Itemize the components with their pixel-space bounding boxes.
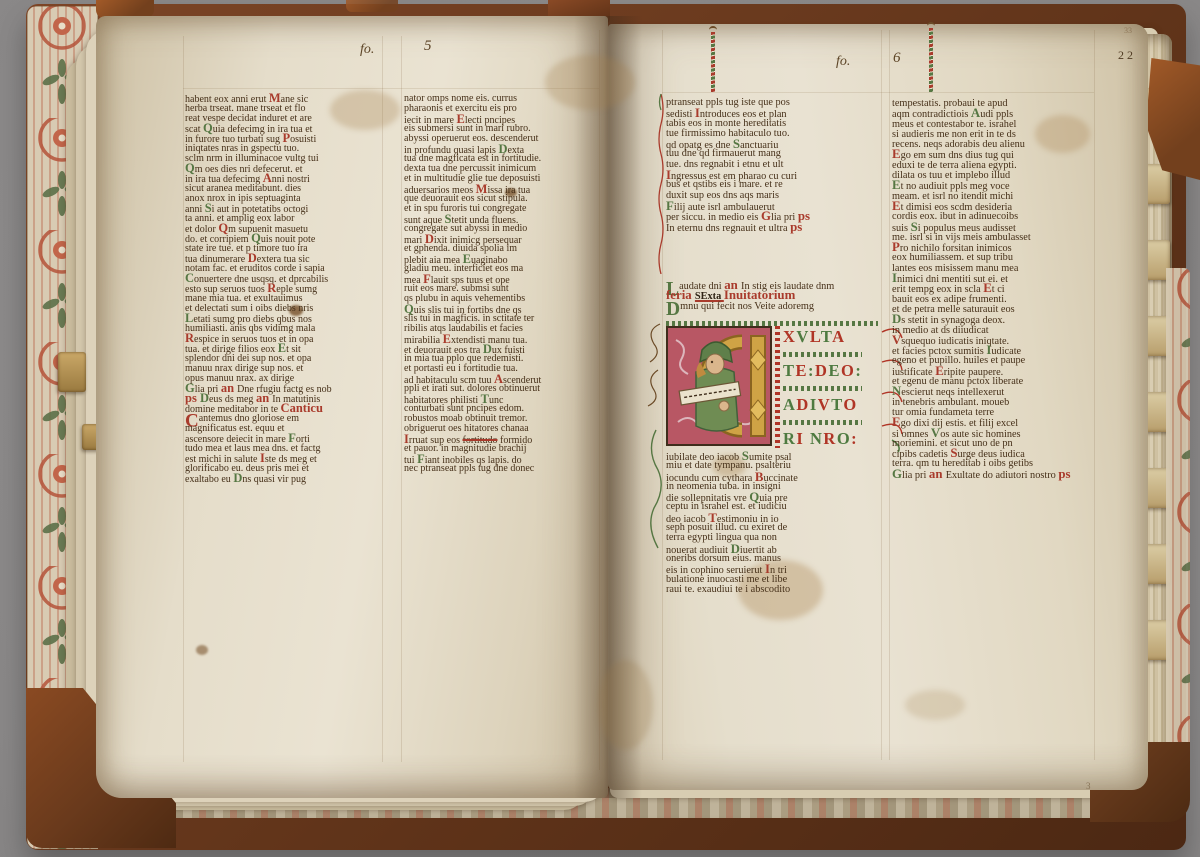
manuscript-line: tue. dns regnabit i etnu et ult bbox=[666, 158, 810, 168]
manuscript-line: opus manuu nrax. ax dirige bbox=[185, 372, 332, 382]
manuscript-line: anni Si aut in potetatibs octogi bbox=[185, 202, 332, 212]
rope-ornament bbox=[711, 32, 715, 92]
manuscript-line: tempestatis. probaui te apud bbox=[892, 96, 1071, 106]
manuscript-line: si omnes Vos aute sic homines bbox=[892, 426, 1071, 436]
text-segment: raui te. exaudiui te i abscodito bbox=[666, 584, 790, 595]
manuscript-line: robustos moab obtinuit tremor. bbox=[404, 412, 541, 422]
manuscript-line: et in multitudie glie tue deposuisti bbox=[404, 172, 541, 182]
manuscript-line: iustificate Eripite paupere. bbox=[892, 364, 1071, 374]
manuscript-line: scat Quia defecimg in ira tua et bbox=[185, 122, 332, 132]
figure-face bbox=[706, 354, 724, 374]
manuscript-line: nec ptranseat ppls tug dne donec bbox=[404, 462, 541, 472]
stain bbox=[598, 660, 653, 750]
manuscript-line: Nescierut neqs intellexerut bbox=[892, 384, 1071, 394]
manuscript-line: seph posuit illud. cu exiret de bbox=[666, 522, 798, 532]
manuscript-line: conturbati sunt pncipes edom. bbox=[404, 402, 541, 412]
manuscript-line: ribilis atqs laudabilis et facies bbox=[404, 322, 541, 332]
manuscript-line: et delectati sum i oibs diebs nris bbox=[185, 302, 332, 312]
manuscript-line: Laudate dni an In stig eis laudate dnm bbox=[666, 278, 834, 288]
manuscript-line: notam fac. et eruditos corde i sapia bbox=[185, 262, 332, 272]
manuscript-line: erit tempg eox in scla Et ci bbox=[892, 281, 1071, 291]
folio-label-right: fo. bbox=[836, 54, 850, 70]
manuscript-line: Glia pri an Exultate do adiutori nostro … bbox=[892, 467, 1071, 477]
manuscript-line: eis in cophino seruierut In tri bbox=[666, 563, 798, 573]
manuscript-line: Vsquequo iudicatis iniqtate. bbox=[892, 333, 1071, 343]
manuscript-line: Letati sumg pro diebs qbus nos bbox=[185, 312, 332, 322]
stain bbox=[545, 55, 635, 110]
folio-number-left: 5 bbox=[424, 38, 432, 55]
manuscript-line: que deuorauit eos sicut stipula. bbox=[404, 192, 541, 202]
manuscript-line: nouerat audiuit Diuertit ab bbox=[666, 543, 798, 553]
ruling-line bbox=[599, 30, 600, 770]
manuscript-line: congregate sut abyssi in medio bbox=[404, 222, 541, 232]
photograph-of-manuscript: fo. 5 fo. 6 33 22 3 habent eox anni erut… bbox=[0, 0, 1200, 857]
manuscript-line: Irruat sup eos fortitudo formido bbox=[404, 432, 541, 442]
manuscript-line: in furore tuo turbati sug Posuisti bbox=[185, 132, 332, 142]
manuscript-line: Et no audiuit ppls meg voce bbox=[892, 178, 1071, 188]
manuscript-line: ascensore deiecit in mare Forti bbox=[185, 432, 332, 442]
manuscript-line: et pauor. in magnitudie brachij bbox=[404, 442, 541, 452]
manuscript-line: iubilate deo iacob Sumite psal bbox=[666, 450, 798, 460]
dotted-band-ornament bbox=[775, 326, 780, 448]
figure-hand bbox=[719, 401, 729, 411]
manuscript-line: bauit eos ex adipe frumenti. bbox=[892, 292, 1071, 302]
manuscript-line: tua dne magficata est in fortitudie. bbox=[404, 152, 541, 162]
manuscript-line: ceptu in israhel est. et iudiciu bbox=[666, 501, 798, 511]
manuscript-line: ta anni. et amplig eox labor bbox=[185, 212, 332, 222]
text-segment: ns quasi vir pug bbox=[242, 474, 306, 485]
manuscript-line: et de petra melle saturauit eos bbox=[892, 302, 1071, 312]
display-letters: XVLTATE:DEO:ADIVTORI NRO: bbox=[783, 326, 862, 448]
manuscript-line: et egenu de manu pctox liberate bbox=[892, 374, 1071, 384]
text-segment: ps bbox=[1058, 467, 1070, 481]
manuscript-line: bulatione inuocasti me et libe bbox=[666, 574, 798, 584]
manuscript-line: Filij aute isrl ambulauerut bbox=[666, 199, 810, 209]
manuscript-line: ptranseat ppls tug iste que pos bbox=[666, 96, 810, 106]
ruling-line bbox=[662, 92, 1094, 93]
manuscript-line: in ira tua defecimg Anni nostri bbox=[185, 172, 332, 182]
manuscript-line: Conuertere dne usqsq. et dprcabilis bbox=[185, 272, 332, 282]
chain-ornament bbox=[783, 386, 862, 391]
ruling-line bbox=[382, 36, 383, 762]
text-segment: ps bbox=[790, 220, 802, 234]
text-segment: ceptu in israhel est. et iudiciu bbox=[666, 501, 787, 512]
text-segment: D bbox=[666, 298, 680, 319]
corner-number: 22 bbox=[1118, 48, 1136, 63]
manuscript-line: esto sup seruos tuos Reple sumg bbox=[185, 282, 332, 292]
ruling-line bbox=[401, 36, 402, 762]
folio-number-right: 6 bbox=[893, 50, 901, 67]
text-segment: G bbox=[892, 467, 902, 481]
manuscript-line: moriemini. et sicut uno de pn bbox=[892, 436, 1071, 446]
rubric-lines: Laudate dni an In stig eis laudate dnmfe… bbox=[666, 278, 834, 309]
manuscript-line: magnificatus est. equu et bbox=[185, 422, 332, 432]
manuscript-line: me. isrl si in vijs meis ambulasset bbox=[892, 230, 1071, 240]
manuscript-line: ruit eos mare. submsi sunt bbox=[404, 282, 541, 292]
manuscript-line: meam. et isrl no itendit michi bbox=[892, 189, 1071, 199]
manuscript-line: obriguerut oes hitatores chanaa bbox=[404, 422, 541, 432]
manuscript-line: Et dimisi eos scdm desideria bbox=[892, 199, 1071, 209]
manuscript-line: tur omia fundameta terre bbox=[892, 405, 1071, 415]
manuscript-line: tudo mea et laus mea dns. et factg bbox=[185, 442, 332, 452]
manuscript-line: mari Dixit inimicg persequar bbox=[404, 232, 541, 242]
stain bbox=[196, 645, 208, 655]
manuscript-line: iecit in mare Electi pncipes bbox=[404, 112, 541, 122]
manuscript-line: Pro nichilo forsitan inimicos bbox=[892, 240, 1071, 250]
chain-ornament bbox=[783, 352, 862, 357]
manuscript-line: die sollepnitatis vre Quia pre bbox=[666, 491, 798, 501]
manuscript-line: Ds stetit in synagoga deox. bbox=[892, 312, 1071, 322]
manuscript-line: Respice in seruos tuos et in opa bbox=[185, 332, 332, 342]
manuscript-line: domine meditabor in te Canticu bbox=[185, 402, 332, 412]
manuscript-line: duxit sup eos dns aqs maris bbox=[666, 189, 810, 199]
manuscript-line: tuu dne qd firmauerut mang bbox=[666, 147, 810, 157]
manuscript-line: in medio at ds diiudicat bbox=[892, 323, 1071, 333]
text-segment: D bbox=[233, 471, 242, 485]
ruling-line bbox=[1094, 30, 1095, 760]
manuscript-line: abyssi operuerut eos. descenderut bbox=[404, 132, 541, 142]
manuscript-line: in profundu quasi lapis Dexta bbox=[404, 142, 541, 152]
manuscript-line: qs plubu in aquis vehementibs bbox=[404, 292, 541, 302]
chain-ornament bbox=[783, 420, 862, 425]
ruling-line bbox=[183, 88, 599, 89]
text-segment: terra egypti lingua qua non bbox=[666, 532, 777, 543]
miniature-initial bbox=[666, 326, 772, 446]
manuscript-line: humiliasti. anis qbs vidimg mala bbox=[185, 322, 332, 332]
manuscript-line: cipibs cadetis Surge deus iudica bbox=[892, 446, 1071, 456]
manuscript-line: ppli et irati sut. dolores obtinuerut bbox=[404, 382, 541, 392]
text-segment: mnu qui fecit nos Veite adoremg bbox=[680, 301, 814, 312]
manuscript-line: Dmnu qui fecit nos Veite adoremg bbox=[666, 299, 834, 309]
right-column-1-bottom: iubilate deo iacob Sumite psalmiu et dat… bbox=[666, 450, 798, 594]
display-text-row: ADIVTO bbox=[783, 396, 862, 414]
stain bbox=[905, 690, 965, 720]
manuscript-line: deo iacob Testimoniu in io bbox=[666, 512, 798, 522]
stain bbox=[330, 90, 400, 130]
manuscript-line: oneribs dorsum eius. manus bbox=[666, 553, 798, 563]
text-segment: lia pri bbox=[902, 470, 929, 481]
text-segment: In eternu dns regnauit et ultra bbox=[666, 223, 790, 234]
manuscript-line: tua dinumerare Dextera tua sic bbox=[185, 252, 332, 262]
ruling-line bbox=[183, 36, 184, 762]
manuscript-line: per siccu. in medio eis Glia pri ps bbox=[666, 209, 810, 219]
manuscript-line: egeno et pupillo. huiles et paupe bbox=[892, 353, 1071, 363]
decorated-endpaper-right bbox=[1166, 268, 1190, 784]
manuscript-line: dilata os tuu et implebo illud bbox=[892, 168, 1071, 178]
folio-label-left: fo. bbox=[360, 42, 374, 58]
bottom-mark: 3 bbox=[1086, 781, 1091, 791]
manuscript-line: et in spu furoris tui congregate bbox=[404, 202, 541, 212]
manuscript-line: ad habitaculu scm tuu Ascenderut bbox=[404, 372, 541, 382]
manuscript-line: nator omps nome eis. currus bbox=[404, 92, 541, 102]
manuscript-line: Inimici dni mentiti sut ei. et bbox=[892, 271, 1071, 281]
manuscript-line: gladiu meu. interficiet eos ma bbox=[404, 262, 541, 272]
manuscript-line: si audieris me non erit in te ds bbox=[892, 127, 1071, 137]
manuscript-line: suis Si populus meus audisset bbox=[892, 220, 1071, 230]
penwork-margin-line bbox=[656, 94, 666, 274]
manuscript-line: terra. qm tu hereditab i oibs getibs bbox=[892, 456, 1071, 466]
manuscript-line: mirabilia Extendisti manu tua. bbox=[404, 332, 541, 342]
text-segment: an bbox=[929, 467, 946, 481]
manuscript-line: Ingressus est em pharao cu curi bbox=[666, 168, 810, 178]
text-segment: Exultate do adiutori nostro bbox=[946, 470, 1059, 481]
display-text-row: TE:DEO: bbox=[783, 362, 862, 380]
text-segment: exaltabo eu bbox=[185, 474, 233, 485]
manuscript-line: Ego dixi dij estis. et filij excel bbox=[892, 415, 1071, 425]
leather-fragment bbox=[346, 0, 398, 12]
manuscript-line: in mia tua pplo que redemisti. bbox=[404, 352, 541, 362]
manuscript-line: et deuorauit eos tra Dux fuisti bbox=[404, 342, 541, 352]
display-text-row: RI NRO: bbox=[783, 430, 862, 448]
manuscript-line: iocundu cum cythara Buccinate bbox=[666, 471, 798, 481]
illuminated-initial-block: XVLTATE:DEO:ADIVTORI NRO: bbox=[666, 326, 880, 448]
manuscript-line: splendor dni dei sup nos. et opa bbox=[185, 352, 332, 362]
manuscript-line: lantes eos misissem manu mea bbox=[892, 261, 1071, 271]
left-column-1: habent eox anni erut Mane sicherba trsea… bbox=[185, 92, 332, 482]
manuscript-line: do. et corripiem Quis nouit pote bbox=[185, 232, 332, 242]
manuscript-line: aduersarios meos Missa ira tua bbox=[404, 182, 541, 192]
index-tab bbox=[58, 352, 86, 392]
manuscript-line: slis tui in magficis. in sctitate ter bbox=[404, 312, 541, 322]
manuscript-line: In eternu dns regnauit et ultra ps bbox=[666, 220, 810, 230]
manuscript-line: eis submersi sunt in mari rubro. bbox=[404, 122, 541, 132]
manuscript-line: sclm nrm in illuminacoe vultg tui bbox=[185, 152, 332, 162]
right-column-1-top: ptranseat ppls tug iste que possedisti I… bbox=[666, 96, 810, 230]
manuscript-line: Quis slis tui in fortibs dne qs bbox=[404, 302, 541, 312]
manuscript-line: recens. neqs adorabis deu alienu bbox=[892, 137, 1071, 147]
display-text-row: XVLTA bbox=[783, 328, 862, 346]
manuscript-line: dexta tua dne percussit inimicum bbox=[404, 162, 541, 172]
manuscript-line: tui Fiant inobiles qs lapis. do bbox=[404, 452, 541, 462]
left-column-2: nator omps nome eis. curruspharaonis et … bbox=[404, 92, 541, 472]
penwork-flourish bbox=[640, 320, 666, 570]
manuscript-line: miu et date tympanu. psalteriu bbox=[666, 460, 798, 470]
manuscript-line: exaltabo eu Dns quasi vir pug bbox=[185, 472, 332, 482]
manuscript-line: tabis eos in monte hereditatis bbox=[666, 117, 810, 127]
manuscript-line: Ego em sum dns dius tug qui bbox=[892, 147, 1071, 157]
manuscript-line: herba trseat. mane trseat et flo bbox=[185, 102, 332, 112]
manuscript-line: pharaonis et exercitu eis pro bbox=[404, 102, 541, 112]
rope-ornament bbox=[929, 28, 933, 92]
manuscript-line: cordis eox. ibut in adinuecoibs bbox=[892, 209, 1071, 219]
manuscript-line: tue firmissimo habitaculo tuo. bbox=[666, 127, 810, 137]
manuscript-line: raui te. exaudiui te i abscodito bbox=[666, 584, 798, 594]
manuscript-line: eox humiliassem. et sup tribu bbox=[892, 250, 1071, 260]
text-segment: miu et date tympanu. psalteriu bbox=[666, 460, 791, 471]
manuscript-line: meus et contestabor te. israhel bbox=[892, 117, 1071, 127]
manuscript-line: eduxi te de terra aliena egypti. bbox=[892, 158, 1071, 168]
manuscript-line: est michi in salute Iste ds meg et bbox=[185, 452, 332, 462]
text-segment: nec ptranseat ppls tug dne donec bbox=[404, 463, 534, 474]
manuscript-line: et facies pctox sumitis Iudicate bbox=[892, 343, 1071, 353]
manuscript-line: habent eox anni erut Mane sic bbox=[185, 92, 332, 102]
manuscript-line: in neomenia tuba. in insigni bbox=[666, 481, 798, 491]
manuscript-line: plebit aia mea Euaginabo bbox=[404, 252, 541, 262]
right-column-2: tempestatis. probaui te apudaqm contradi… bbox=[892, 96, 1071, 477]
manuscript-line: aqm contradictiois Audi ppls bbox=[892, 106, 1071, 116]
corner-number-faint: 33 bbox=[1124, 26, 1132, 35]
manuscript-line: in tenebris ambulant. moueb bbox=[892, 395, 1071, 405]
